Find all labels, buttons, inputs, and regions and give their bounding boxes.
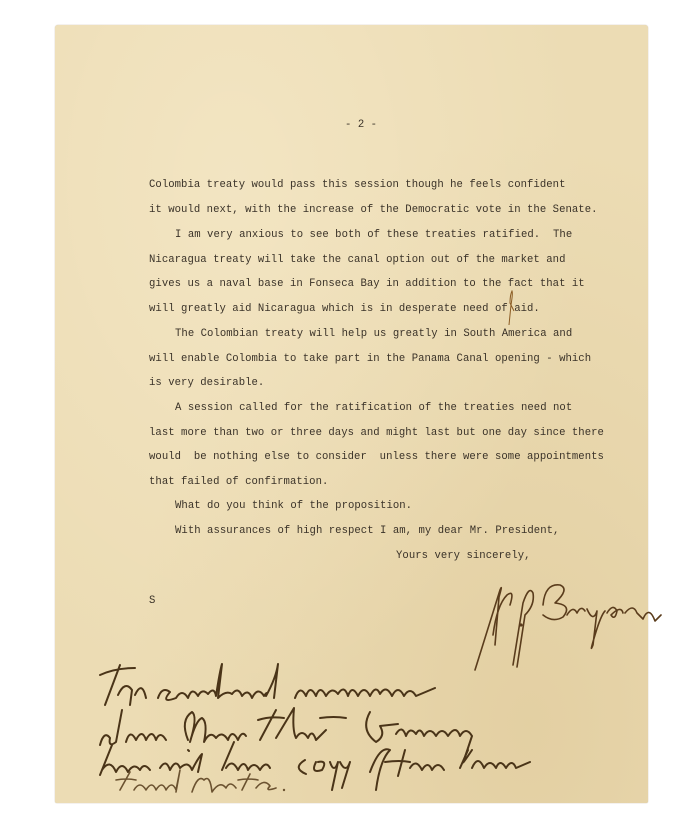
body-line-3: I am very anxious to see both of these t… [175,230,572,241]
body-line-4: Nicaragua treaty will take the canal opt… [149,255,565,266]
body-line-2: it would next, with the increase of the … [149,205,598,216]
closing: Yours very sincerely, [396,551,531,562]
body-line-9: is very desirable. [149,378,264,389]
body-line-12: would be nothing else to consider unless… [149,452,604,463]
pen-correction-mark [505,287,517,327]
body-line-6: will greatly aid Nicaragua which is in d… [149,304,540,315]
body-line-8: will enable Colombia to take part in the… [149,354,591,365]
typist-initial: S [149,596,155,607]
body-line-14: What do you think of the proposition. [175,501,412,512]
body-line-1: Colombia treaty would pass this session … [149,180,565,191]
handwritten-note: The enclosed memoran- [80,650,645,810]
body-line-10: A session called for the ratification of… [175,403,572,414]
page-number: - 2 - [345,120,377,131]
body-line-5: gives us a naval base in Fonseca Bay in … [149,279,585,290]
body-line-15: With assurances of high respect I am, my… [175,526,559,537]
body-line-13: that failed of confirmation. [149,477,328,488]
body-line-11: last more than two or three days and mig… [149,428,604,439]
body-line-7: The Colombian treaty will help us greatl… [175,329,572,340]
